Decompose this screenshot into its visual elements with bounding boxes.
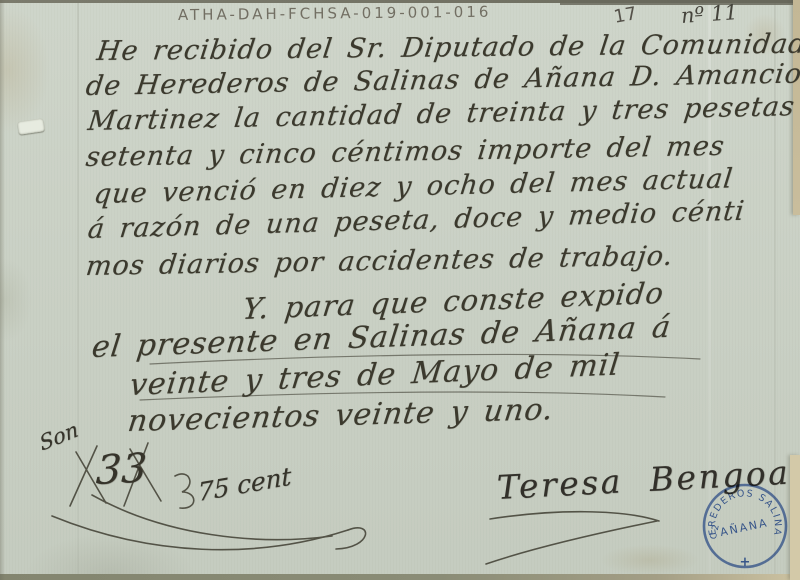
stamp-side-text: C 2 [709, 524, 722, 541]
amount-cents: 75 cent [197, 461, 291, 507]
paper-edge-left [0, 0, 5, 580]
signature-name: Teresa Bengoa [496, 453, 791, 507]
amount-value: 33 [95, 445, 148, 494]
staple-mark [17, 118, 45, 134]
paper-edge-right-bottom [790, 455, 800, 580]
amount-prefix: Son [37, 417, 80, 456]
document-number: nº 11 [680, 0, 738, 28]
paper-edge-bottom [0, 574, 800, 580]
archive-code-annotation: ATHA-DAH-FCHSA-019-001-016 [178, 3, 492, 24]
pencil-page-number: 17 [612, 3, 638, 28]
stamp-cross: + [740, 555, 751, 570]
handwritten-line-7: mos diarios por accidentes de trabajo. [84, 241, 675, 282]
stamp-ring [704, 485, 786, 567]
document-paper: ATHA-DAH-FCHSA-019-001-016 17 nº 11 He r… [0, 0, 800, 580]
stamp-center-text: AÑANA [719, 516, 770, 539]
vertical-crease [77, 0, 79, 580]
paper-edge-top [0, 0, 800, 3]
